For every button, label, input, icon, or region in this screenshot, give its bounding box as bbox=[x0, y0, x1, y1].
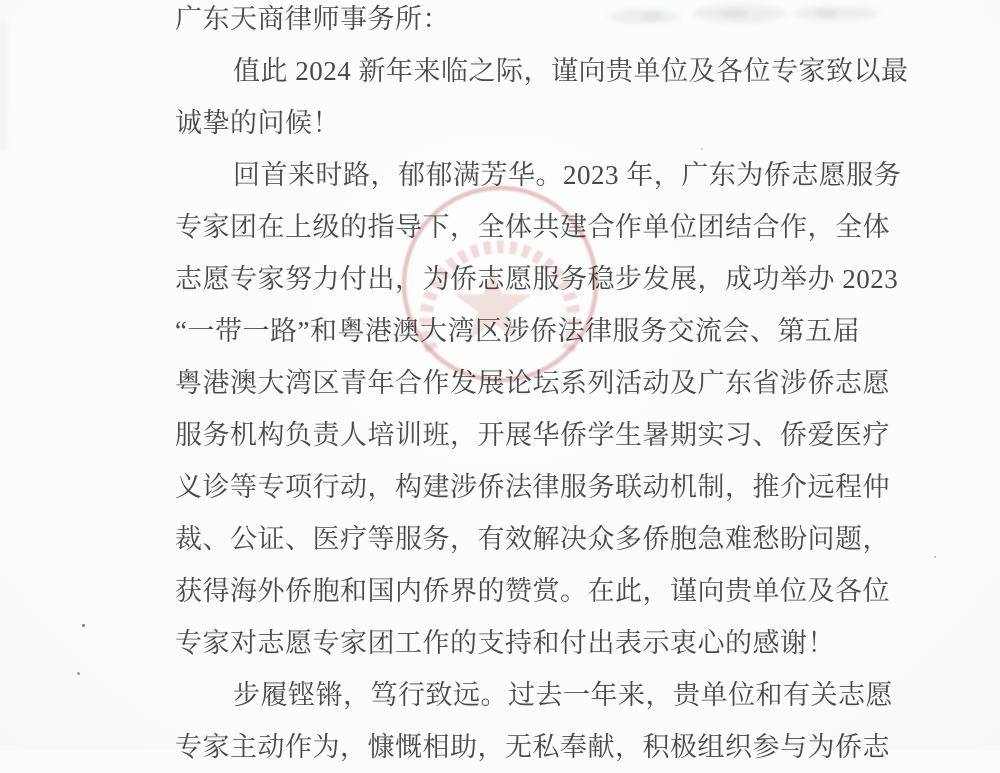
letter-line: 专家主动作为，慷慨相助，无私奉献，积极组织参与为侨志 bbox=[175, 721, 895, 750]
letter-body: 广东天商律师事务所： 值此 2024 新年来临之际，谨向贵单位及各位专家致以最 … bbox=[175, 0, 895, 750]
letter-line: 获得海外侨胞和国内侨界的赞赏。在此，谨向贵单位及各位 bbox=[175, 565, 895, 617]
scan-speck bbox=[867, 705, 869, 707]
letter-line: 步履铿锵，笃行致远。过去一年来，贵单位和有关志愿 bbox=[175, 669, 895, 721]
scanned-letter-page: 广东天商律师事务所： 值此 2024 新年来临之际，谨向贵单位及各位专家致以最 … bbox=[0, 0, 1000, 750]
letter-salutation: 广东天商律师事务所： bbox=[175, 0, 895, 45]
scan-speck bbox=[934, 556, 936, 558]
letter-line: 诚挚的问候！ bbox=[175, 97, 895, 149]
letter-line: 值此 2024 新年来临之际，谨向贵单位及各位专家致以最 bbox=[175, 45, 895, 97]
letter-line: 服务机构负责人培训班，开展华侨学生暑期实习、侨爱医疗 bbox=[175, 409, 895, 461]
letter-line: 专家对志愿专家团工作的支持和付出表示衷心的感谢！ bbox=[175, 617, 895, 669]
scan-speck bbox=[77, 672, 80, 675]
letter-line: “一带一路”和粤港澳大湾区涉侨法律服务交流会、第五届 bbox=[175, 305, 895, 357]
letter-line: 专家团在上级的指导下，全体共建合作单位团结合作，全体 bbox=[175, 201, 895, 253]
scan-streak bbox=[0, 20, 6, 150]
scan-speck bbox=[701, 148, 703, 150]
letter-line: 志愿专家努力付出，为侨志愿服务稳步发展，成功举办 2023 bbox=[175, 253, 895, 305]
scan-speck bbox=[82, 624, 85, 627]
letter-line: 义诊等专项行动，构建涉侨法律服务联动机制，推介远程仲 bbox=[175, 461, 895, 513]
letter-line: 裁、公证、医疗等服务，有效解决众多侨胞急难愁盼问题， bbox=[175, 513, 895, 565]
letter-line: 回首来时路，郁郁满芳华。2023 年，广东为侨志愿服务 bbox=[175, 149, 895, 201]
letter-line: 粤港澳大湾区青年合作发展论坛系列活动及广东省涉侨志愿 bbox=[175, 357, 895, 409]
